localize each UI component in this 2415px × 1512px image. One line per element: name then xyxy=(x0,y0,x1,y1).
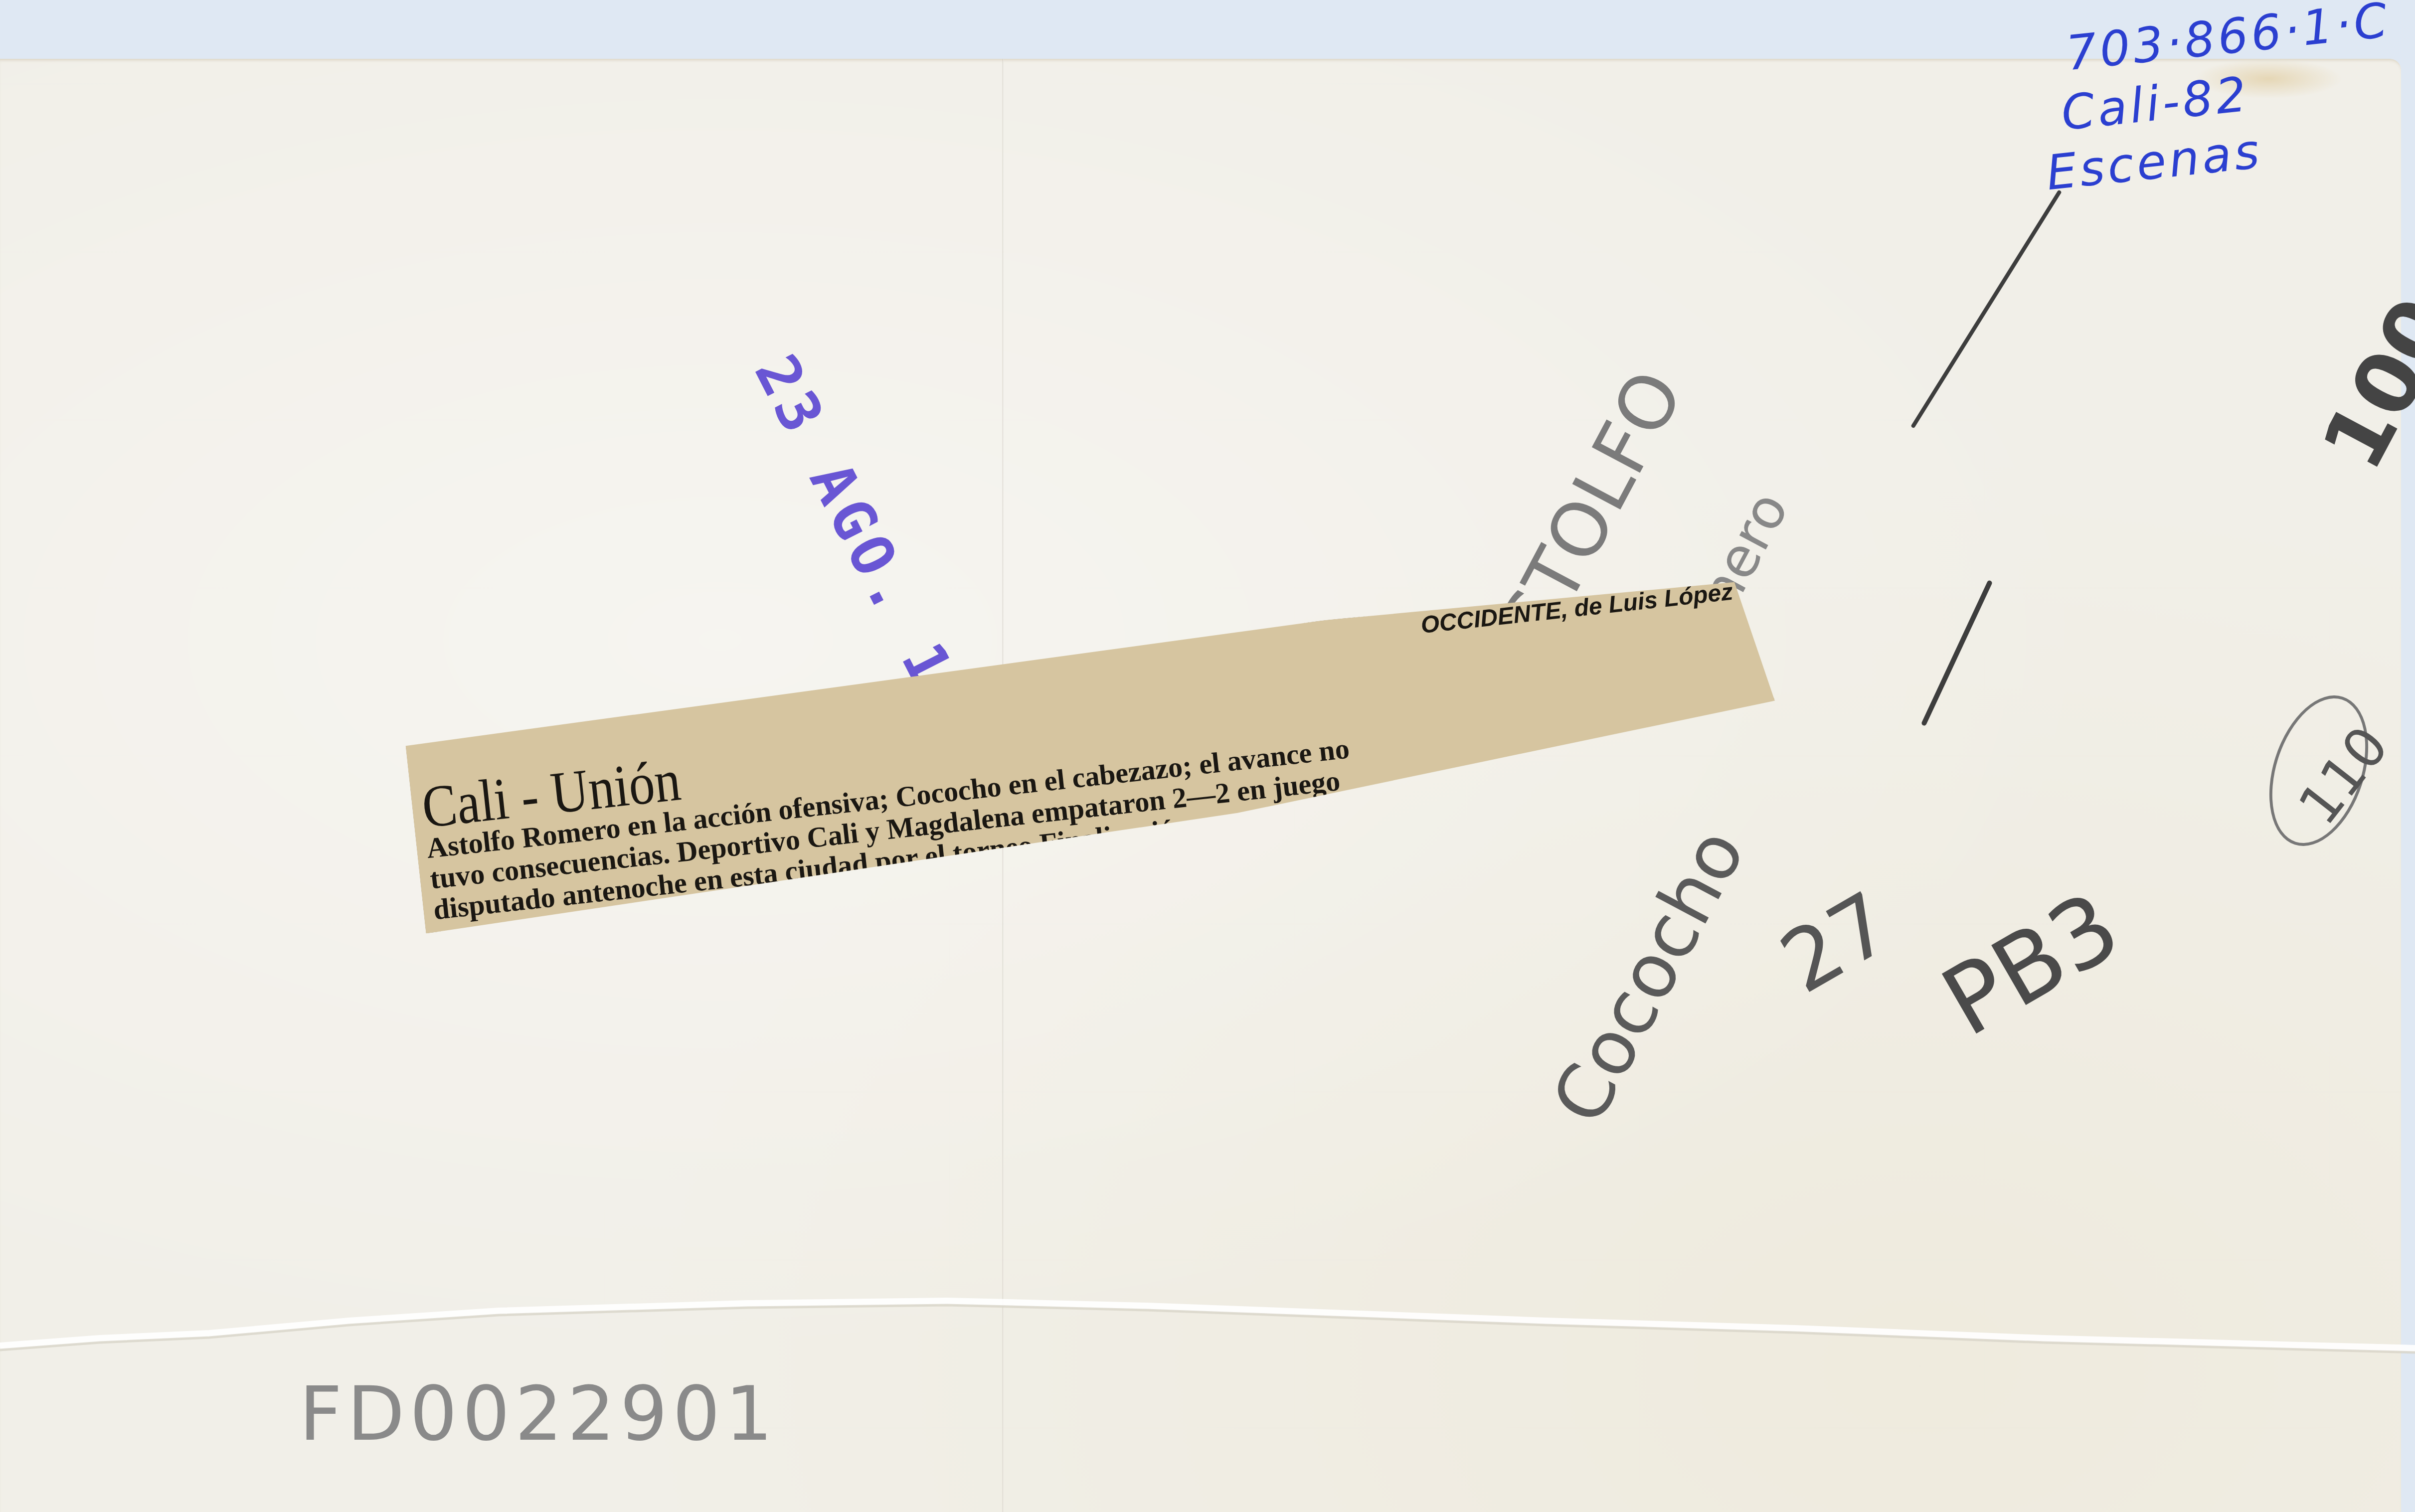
paper-crease xyxy=(0,1286,2415,1366)
pencil-archive-code: FD0022901 xyxy=(299,1371,778,1458)
